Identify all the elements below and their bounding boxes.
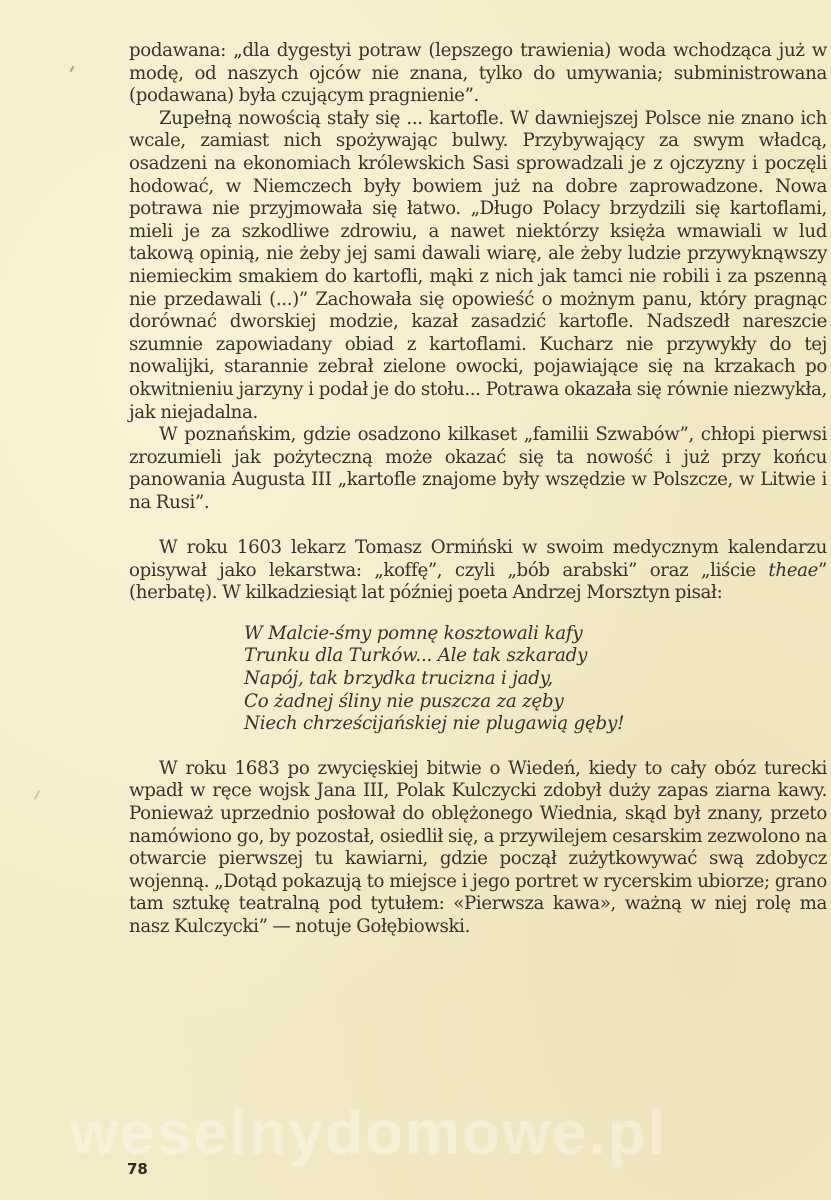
poem-line: Niech chrześcijańskiej nie plugawią gęby…: [244, 713, 827, 736]
scan-speck-mark: [34, 790, 41, 800]
poem-line: Napój, tak brzydka trucizna i jady,: [244, 668, 827, 691]
scan-speck-mark: [70, 66, 75, 72]
poem-line: Trunku dla Turków... Ale tak szkarady: [244, 645, 827, 668]
paragraph-water: podawana: „dla dygestyi potraw (lepszego…: [129, 40, 827, 108]
coffee-text-start: W roku 1603 lekarz Tomasz Ormiński w swo…: [129, 537, 827, 581]
paragraph-coffee-1603: W roku 1603 lekarz Tomasz Ormiński w swo…: [129, 537, 827, 605]
poem-line: Co żadnej śliny nie puszcza za zęby: [244, 691, 827, 714]
paragraph-vienna-kulczycki: W roku 1683 po zwycięskiej bitwie o Wied…: [129, 758, 827, 939]
section-gap: [129, 514, 827, 537]
page-number: 78: [127, 1160, 148, 1178]
poem-morsztyn: W Malcie-śmy pomnę kosztowali kafy Trunk…: [244, 623, 827, 736]
theae-italic: theae: [768, 560, 818, 581]
book-page: podawana: „dla dygestyi potraw (lepszego…: [129, 40, 827, 939]
poem-line: W Malcie-śmy pomnę kosztowali kafy: [244, 623, 827, 646]
watermark: weselnydomowe.pl: [70, 1098, 667, 1169]
paragraph-potatoes: Zupełną nowością stały się ... kartofle.…: [129, 108, 827, 424]
paragraph-poznan: W poznańskim, gdzie osadzono kilkaset „f…: [129, 424, 827, 514]
